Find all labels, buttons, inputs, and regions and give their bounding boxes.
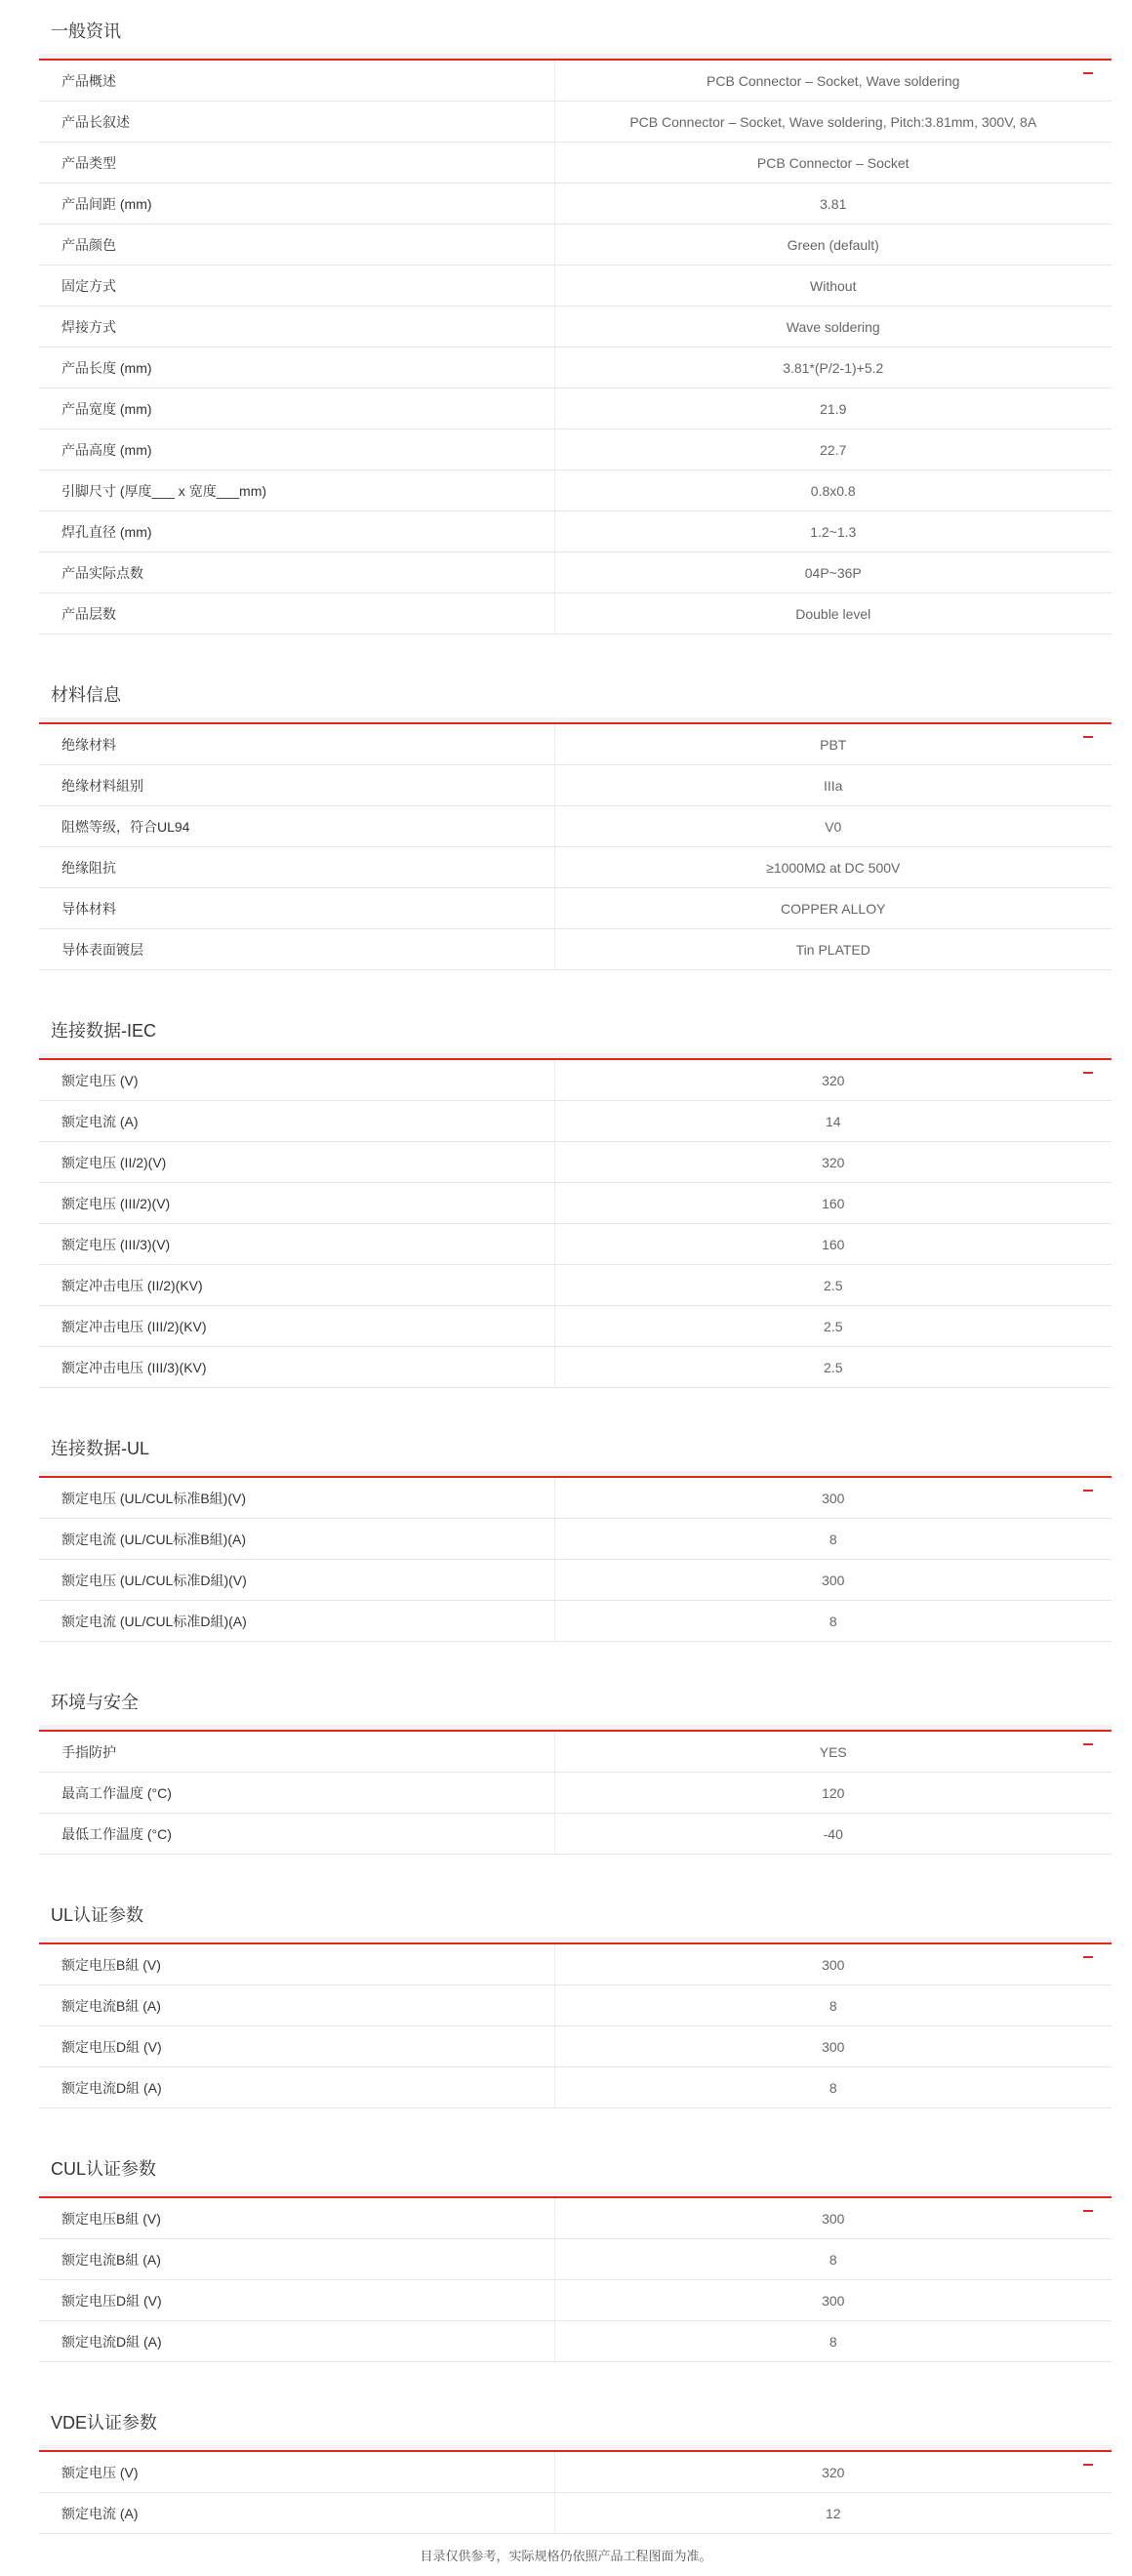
spec-table: 绝缘材料PBT绝缘材料組别IIIa阻燃等级，符合UL94V0绝缘阻抗≥1000M… (39, 724, 1112, 970)
accent-underline (39, 59, 1112, 61)
table-row: 额定电压 (III/3)(V)160 (39, 1224, 1112, 1265)
table-row: 额定电压 (II/2)(V)320 (39, 1142, 1112, 1183)
spec-value: 8 (554, 2067, 1112, 2108)
table-row: 阻燃等级，符合UL94V0 (39, 806, 1112, 847)
table-row: 额定电流D組 (A)8 (39, 2321, 1112, 2362)
spec-table: 产品概述PCB Connector – Socket, Wave solderi… (39, 61, 1112, 634)
spec-label: 额定冲击电压 (III/3)(KV) (39, 1347, 554, 1388)
spec-label: 最低工作温度 (°C) (39, 1814, 554, 1855)
table-row: 额定电压D組 (V)300 (39, 2026, 1112, 2067)
accent-underline (39, 1476, 1112, 1478)
spec-label: 导体表面镀层 (39, 929, 554, 970)
spec-value: 14 (554, 1101, 1112, 1142)
section-header[interactable]: 环境与安全 (39, 1671, 1112, 1732)
spec-value: 160 (554, 1224, 1112, 1265)
spec-label: 产品颜色 (39, 225, 554, 266)
spec-section-1: 材料信息 绝缘材料PBT绝缘材料組别IIIa阻燃等级，符合UL94V0绝缘阻抗≥… (39, 664, 1112, 970)
spec-value: 1.2~1.3 (554, 511, 1112, 552)
spec-label: 产品实际点数 (39, 552, 554, 593)
section-header[interactable]: 连接数据-UL (39, 1417, 1112, 1478)
table-row: 产品类型PCB Connector – Socket (39, 143, 1112, 184)
spec-value: Without (554, 266, 1112, 307)
spec-value: PBT (554, 724, 1112, 765)
spec-section-3: 连接数据-UL 额定电压 (UL/CUL标准B組)(V)300额定电流 (UL/… (39, 1417, 1112, 1642)
spec-label: 额定电压 (UL/CUL标准D組)(V) (39, 1560, 554, 1601)
table-row: 额定冲击电压 (II/2)(KV)2.5 (39, 1265, 1112, 1306)
spec-label: 额定电压D組 (V) (39, 2280, 554, 2321)
spec-label: 焊接方式 (39, 307, 554, 348)
minus-icon[interactable] (1083, 1072, 1093, 1074)
minus-icon[interactable] (1083, 1956, 1093, 1958)
spec-page: 一般资讯 产品概述PCB Connector – Socket, Wave so… (39, 0, 1112, 2563)
table-row: 额定电流D組 (A)8 (39, 2067, 1112, 2108)
table-row: 额定电流B組 (A)8 (39, 1985, 1112, 2026)
spec-label: 额定电压 (V) (39, 1060, 554, 1101)
spec-value: 2.5 (554, 1347, 1112, 1388)
spec-label: 额定电压 (II/2)(V) (39, 1142, 554, 1183)
spec-table: 额定电压 (UL/CUL标准B組)(V)300额定电流 (UL/CUL标准B組)… (39, 1478, 1112, 1642)
spec-label: 额定电流 (A) (39, 1101, 554, 1142)
spec-label: 额定电流 (UL/CUL标准D組)(A) (39, 1601, 554, 1642)
spec-label: 产品长度 (mm) (39, 348, 554, 388)
section-title: 材料信息 (51, 683, 121, 707)
spec-value: 3.81*(P/2-1)+5.2 (554, 348, 1112, 388)
section-header[interactable]: 一般资讯 (39, 0, 1112, 61)
spec-table: 额定电压B組 (V)300额定电流B組 (A)8额定电压D組 (V)300额定电… (39, 2198, 1112, 2362)
spec-value: PCB Connector – Socket (554, 143, 1112, 184)
spec-value: ≥1000MΩ at DC 500V (554, 847, 1112, 888)
table-row: 产品层数Double level (39, 593, 1112, 634)
section-header[interactable]: VDE认证参数 (39, 2392, 1112, 2452)
spec-table: 手指防护YES最高工作温度 (°C)120最低工作温度 (°C)-40 (39, 1732, 1112, 1855)
accent-underline (39, 2196, 1112, 2198)
collapse-toggle-button[interactable] (1082, 2169, 1106, 2190)
spec-table: 额定电压 (V)320额定电流 (A)12 (39, 2452, 1112, 2534)
spec-value: 300 (554, 2026, 1112, 2067)
minus-icon[interactable] (1083, 736, 1093, 738)
spec-section-2: 连接数据-IEC 额定电压 (V)320额定电流 (A)14额定电压 (II/2… (39, 1000, 1112, 1388)
spec-label: 手指防护 (39, 1732, 554, 1773)
spec-label: 额定电压 (UL/CUL标准B組)(V) (39, 1478, 554, 1519)
table-row: 焊孔直径 (mm)1.2~1.3 (39, 511, 1112, 552)
table-row: 额定电压 (V)320 (39, 2452, 1112, 2493)
table-row: 产品长度 (mm)3.81*(P/2-1)+5.2 (39, 348, 1112, 388)
spec-section-7: VDE认证参数 额定电压 (V)320额定电流 (A)12 (39, 2392, 1112, 2534)
table-row: 额定电压 (UL/CUL标准B組)(V)300 (39, 1478, 1112, 1519)
spec-value: 8 (554, 1985, 1112, 2026)
spec-label: 绝缘材料 (39, 724, 554, 765)
spec-value: 300 (554, 2280, 1112, 2321)
collapse-toggle-button[interactable] (1082, 2423, 1106, 2444)
spec-table: 额定电压 (V)320额定电流 (A)14额定电压 (II/2)(V)320额定… (39, 1060, 1112, 1388)
spec-value: Tin PLATED (554, 929, 1112, 970)
spec-label: 额定电流D組 (A) (39, 2321, 554, 2362)
table-row: 产品概述PCB Connector – Socket, Wave solderi… (39, 61, 1112, 102)
table-row: 手指防护YES (39, 1732, 1112, 1773)
spec-label: 阻燃等级，符合UL94 (39, 806, 554, 847)
table-row: 最低工作温度 (°C)-40 (39, 1814, 1112, 1855)
spec-label: 额定电压B組 (V) (39, 2198, 554, 2239)
spec-value: 8 (554, 1601, 1112, 1642)
spec-value: 12 (554, 2493, 1112, 2534)
spec-label: 引脚尺寸 (厚度___ x 宽度___mm) (39, 470, 554, 511)
spec-value: 320 (554, 1060, 1112, 1101)
table-row: 额定电流 (UL/CUL标准D組)(A)8 (39, 1601, 1112, 1642)
spec-value: YES (554, 1732, 1112, 1773)
spec-label: 产品长叙述 (39, 102, 554, 143)
spec-label: 最高工作温度 (°C) (39, 1773, 554, 1814)
spec-value: 8 (554, 2239, 1112, 2280)
accent-underline (39, 1058, 1112, 1060)
section-title: 连接数据-IEC (51, 1019, 156, 1043)
spec-value: IIIa (554, 765, 1112, 806)
spec-value: 300 (554, 1944, 1112, 1985)
spec-value: PCB Connector – Socket, Wave soldering, … (554, 102, 1112, 143)
spec-value: -40 (554, 1814, 1112, 1855)
spec-value: 8 (554, 1519, 1112, 1560)
spec-value: 3.81 (554, 184, 1112, 225)
table-row: 绝缘阻抗≥1000MΩ at DC 500V (39, 847, 1112, 888)
table-row: 额定电流 (UL/CUL标准B組)(A)8 (39, 1519, 1112, 1560)
accent-underline (39, 1942, 1112, 1944)
collapse-toggle-button[interactable] (1082, 1702, 1106, 1724)
collapse-toggle-button[interactable] (1082, 695, 1106, 716)
table-row: 额定电压 (V)320 (39, 1060, 1112, 1101)
table-row: 引脚尺寸 (厚度___ x 宽度___mm)0.8x0.8 (39, 470, 1112, 511)
accent-underline (39, 2450, 1112, 2452)
table-row: 额定电压B組 (V)300 (39, 2198, 1112, 2239)
spec-value: 2.5 (554, 1306, 1112, 1347)
spec-label: 产品高度 (mm) (39, 429, 554, 470)
section-header[interactable]: 连接数据-IEC (39, 1000, 1112, 1060)
spec-label: 额定电压D組 (V) (39, 2026, 554, 2067)
section-header[interactable]: 材料信息 (39, 664, 1112, 724)
minus-icon[interactable] (1083, 72, 1093, 74)
spec-value: 8 (554, 2321, 1112, 2362)
section-header[interactable]: CUL认证参数 (39, 2138, 1112, 2198)
spec-label: 导体材料 (39, 888, 554, 929)
spec-value: 120 (554, 1773, 1112, 1814)
spec-label: 产品概述 (39, 61, 554, 102)
spec-value: Double level (554, 593, 1112, 634)
section-title: UL认证参数 (51, 1903, 143, 1927)
spec-label: 产品层数 (39, 593, 554, 634)
spec-section-4: 环境与安全 手指防护YES最高工作温度 (°C)120最低工作温度 (°C)-4… (39, 1671, 1112, 1855)
spec-table: 额定电压B組 (V)300额定电流B組 (A)8额定电压D組 (V)300额定电… (39, 1944, 1112, 2108)
spec-section-6: CUL认证参数 额定电压B組 (V)300额定电流B組 (A)8额定电压D組 (… (39, 2138, 1112, 2362)
spec-value: 320 (554, 2452, 1112, 2493)
table-row: 额定冲击电压 (III/2)(KV)2.5 (39, 1306, 1112, 1347)
table-row: 额定电流 (A)14 (39, 1101, 1112, 1142)
spec-value: 2.5 (554, 1265, 1112, 1306)
spec-value: PCB Connector – Socket, Wave soldering (554, 61, 1112, 102)
table-row: 导体表面镀层Tin PLATED (39, 929, 1112, 970)
spec-value: 320 (554, 1142, 1112, 1183)
spec-value: 0.8x0.8 (554, 470, 1112, 511)
accent-underline (39, 1730, 1112, 1732)
minus-icon[interactable] (1083, 2210, 1093, 2212)
spec-value: 300 (554, 2198, 1112, 2239)
table-row: 产品颜色Green (default) (39, 225, 1112, 266)
section-title: 一般资讯 (51, 20, 121, 43)
spec-section-0: 一般资讯 产品概述PCB Connector – Socket, Wave so… (39, 0, 1112, 634)
section-title: 连接数据-UL (51, 1437, 149, 1460)
minus-icon[interactable] (1083, 2464, 1093, 2466)
table-row: 额定电压 (III/2)(V)160 (39, 1183, 1112, 1224)
spec-value: 04P~36P (554, 552, 1112, 593)
spec-value: Green (default) (554, 225, 1112, 266)
accent-underline (39, 722, 1112, 724)
spec-value: 160 (554, 1183, 1112, 1224)
collapse-toggle-button[interactable] (1082, 31, 1106, 53)
table-row: 额定电压 (UL/CUL标准D組)(V)300 (39, 1560, 1112, 1601)
table-row: 产品高度 (mm)22.7 (39, 429, 1112, 470)
collapse-toggle-button[interactable] (1082, 1031, 1106, 1052)
table-row: 额定电流 (A)12 (39, 2493, 1112, 2534)
table-row: 固定方式Without (39, 266, 1112, 307)
table-row: 额定电流B組 (A)8 (39, 2239, 1112, 2280)
table-row: 额定电压D組 (V)300 (39, 2280, 1112, 2321)
spec-label: 额定冲击电压 (II/2)(KV) (39, 1265, 554, 1306)
spec-label: 绝缘材料組别 (39, 765, 554, 806)
spec-label: 额定电流B組 (A) (39, 2239, 554, 2280)
table-row: 额定电压B組 (V)300 (39, 1944, 1112, 1985)
section-title: 环境与安全 (51, 1691, 139, 1714)
spec-label: 额定冲击电压 (III/2)(KV) (39, 1306, 554, 1347)
table-row: 产品宽度 (mm)21.9 (39, 388, 1112, 429)
minus-icon[interactable] (1083, 1743, 1093, 1745)
spec-label: 额定电流B組 (A) (39, 1985, 554, 2026)
spec-label: 额定电流 (UL/CUL标准B組)(A) (39, 1519, 554, 1560)
spec-value: COPPER ALLOY (554, 888, 1112, 929)
table-row: 绝缘材料PBT (39, 724, 1112, 765)
spec-label: 额定电流 (A) (39, 2493, 554, 2534)
spec-value: 22.7 (554, 429, 1112, 470)
table-row: 产品间距 (mm)3.81 (39, 184, 1112, 225)
collapse-toggle-button[interactable] (1082, 1449, 1106, 1470)
spec-label: 固定方式 (39, 266, 554, 307)
spec-label: 产品宽度 (mm) (39, 388, 554, 429)
table-row: 绝缘材料組别IIIa (39, 765, 1112, 806)
section-header[interactable]: UL认证参数 (39, 1884, 1112, 1944)
spec-label: 产品间距 (mm) (39, 184, 554, 225)
spec-label: 额定电压 (III/2)(V) (39, 1183, 554, 1224)
table-row: 焊接方式Wave soldering (39, 307, 1112, 348)
table-row: 产品实际点数04P~36P (39, 552, 1112, 593)
spec-value: 300 (554, 1478, 1112, 1519)
spec-value: Wave soldering (554, 307, 1112, 348)
spec-label: 额定电压 (V) (39, 2452, 554, 2493)
spec-label: 额定电压 (III/3)(V) (39, 1224, 554, 1265)
table-row: 产品长叙述PCB Connector – Socket, Wave solder… (39, 102, 1112, 143)
disclaimer-note: 目录仅供参考，实际规格仍依照产品工程图面为准。 (0, 2547, 1132, 2566)
collapse-toggle-button[interactable] (1082, 1915, 1106, 1937)
section-title: VDE认证参数 (51, 2411, 157, 2434)
spec-value: 21.9 (554, 388, 1112, 429)
spec-section-5: UL认证参数 额定电压B組 (V)300额定电流B組 (A)8额定电压D組 (V… (39, 1884, 1112, 2108)
spec-label: 产品类型 (39, 143, 554, 184)
spec-label: 额定电压B組 (V) (39, 1944, 554, 1985)
spec-value: V0 (554, 806, 1112, 847)
spec-value: 300 (554, 1560, 1112, 1601)
spec-label: 额定电流D組 (A) (39, 2067, 554, 2108)
spec-label: 绝缘阻抗 (39, 847, 554, 888)
table-row: 额定冲击电压 (III/3)(KV)2.5 (39, 1347, 1112, 1388)
section-title: CUL认证参数 (51, 2157, 156, 2181)
table-row: 导体材料COPPER ALLOY (39, 888, 1112, 929)
spec-label: 焊孔直径 (mm) (39, 511, 554, 552)
minus-icon[interactable] (1083, 1490, 1093, 1492)
table-row: 最高工作温度 (°C)120 (39, 1773, 1112, 1814)
